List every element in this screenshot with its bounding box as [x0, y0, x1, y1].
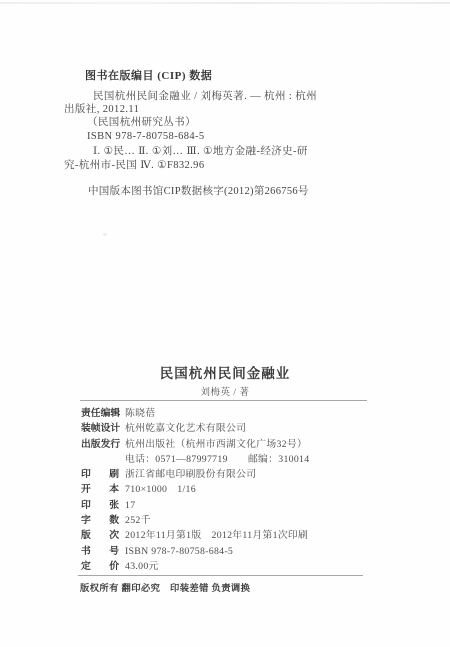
- colophon-value: 杭州出版社（杭州市西湖文化广场32号）: [125, 439, 307, 450]
- copyright-notice: 版权所有 翻印必究 印装差错 负责调换: [80, 580, 250, 594]
- colophon-row: 电话：0571—87997719 邮编：310014: [81, 452, 309, 467]
- cip-record-line: 出版社, 2012.11: [64, 103, 317, 116]
- book-author: 刘梅英 / 著: [0, 384, 450, 398]
- colophon-label: 开本: [81, 482, 119, 497]
- divider-rule-upper: [80, 400, 367, 401]
- cip-record-line: （民国杭州研究丛书）: [64, 116, 317, 129]
- colophon-label: 出版发行: [81, 437, 119, 452]
- cip-heading: 图书在版编目 (CIP) 数据: [85, 67, 212, 83]
- colophon-value: 710×1000 1/16: [125, 484, 196, 495]
- colophon-row: 书号ISBN 978-7-80758-684-5: [81, 544, 309, 559]
- colophon-label: 印刷: [81, 467, 119, 482]
- colophon-row: 印刷浙江省邮电印刷股份有限公司: [81, 467, 309, 482]
- colophon-label: 装帧设计: [81, 421, 119, 436]
- colophon-row: 印张17: [81, 498, 309, 513]
- colophon-row: 定价43.00元: [81, 559, 309, 574]
- cip-record-block: 民国杭州民间金融业 / 刘梅英著. — 杭州 : 杭州 出版社, 2012.11…: [64, 90, 317, 143]
- colophon-label: 责任编辑: [81, 406, 119, 421]
- book-title: 民国杭州民间金融业: [0, 362, 450, 382]
- colophon-value: 252千: [125, 515, 151, 526]
- colophon-label: 书号: [81, 544, 119, 559]
- colophon-value: 43.00元: [125, 561, 159, 572]
- cip-record-number: 中国版本图书馆CIP数据核字(2012)第266756号: [88, 183, 309, 198]
- colophon-label: 印张: [81, 498, 119, 513]
- colophon-row: 开本710×1000 1/16: [81, 482, 309, 497]
- colophon-value: 2012年11月第1版 2012年11月第1次印刷: [125, 530, 308, 541]
- colophon-value: 电话：0571—87997719 邮编：310014: [125, 454, 309, 465]
- colophon-value: 浙江省邮电印刷股份有限公司: [125, 469, 256, 480]
- colophon-row: 装帧设计杭州乾嘉文化艺术有限公司: [81, 421, 309, 436]
- colophon-value: 陈晓蓓: [125, 408, 155, 419]
- colophon-row: 版次2012年11月第1版 2012年11月第1次印刷: [81, 528, 309, 543]
- colophon-row: 责任编辑陈晓蓓: [81, 406, 309, 421]
- colophon-label: 定价: [81, 559, 119, 574]
- colophon-value: 17: [125, 500, 135, 511]
- colophon-value: ISBN 978-7-80758-684-5: [125, 546, 233, 557]
- scan-speck-artifact: [103, 233, 107, 236]
- cip-record-line: ISBN 978-7-80758-684-5: [64, 130, 317, 143]
- colophon-value: 杭州乾嘉文化艺术有限公司: [125, 423, 246, 434]
- divider-rule-lower: [78, 575, 363, 576]
- colophon-label: 字数: [81, 513, 119, 528]
- cip-record-line: 民国杭州民间金融业 / 刘梅英著. — 杭州 : 杭州: [64, 90, 317, 103]
- colophon-row: 字数252千: [81, 513, 309, 528]
- colophon-table: 责任编辑陈晓蓓 装帧设计杭州乾嘉文化艺术有限公司 出版发行杭州出版社（杭州市西湖…: [81, 406, 309, 574]
- scan-edge-artifact: [0, 2, 450, 4]
- colophon-label: 版次: [81, 528, 119, 543]
- cip-classification-block: Ⅰ. ①民… Ⅱ. ①刘… Ⅲ. ①地方金融-经济史-研 究-杭州市-民国 Ⅳ.…: [64, 145, 308, 173]
- colophon-row: 出版发行杭州出版社（杭州市西湖文化广场32号）: [81, 437, 309, 452]
- cip-classification-line: Ⅰ. ①民… Ⅱ. ①刘… Ⅲ. ①地方金融-经济史-研: [64, 145, 308, 159]
- cip-classification-line: 究-杭州市-民国 Ⅳ. ①F832.96: [64, 159, 308, 173]
